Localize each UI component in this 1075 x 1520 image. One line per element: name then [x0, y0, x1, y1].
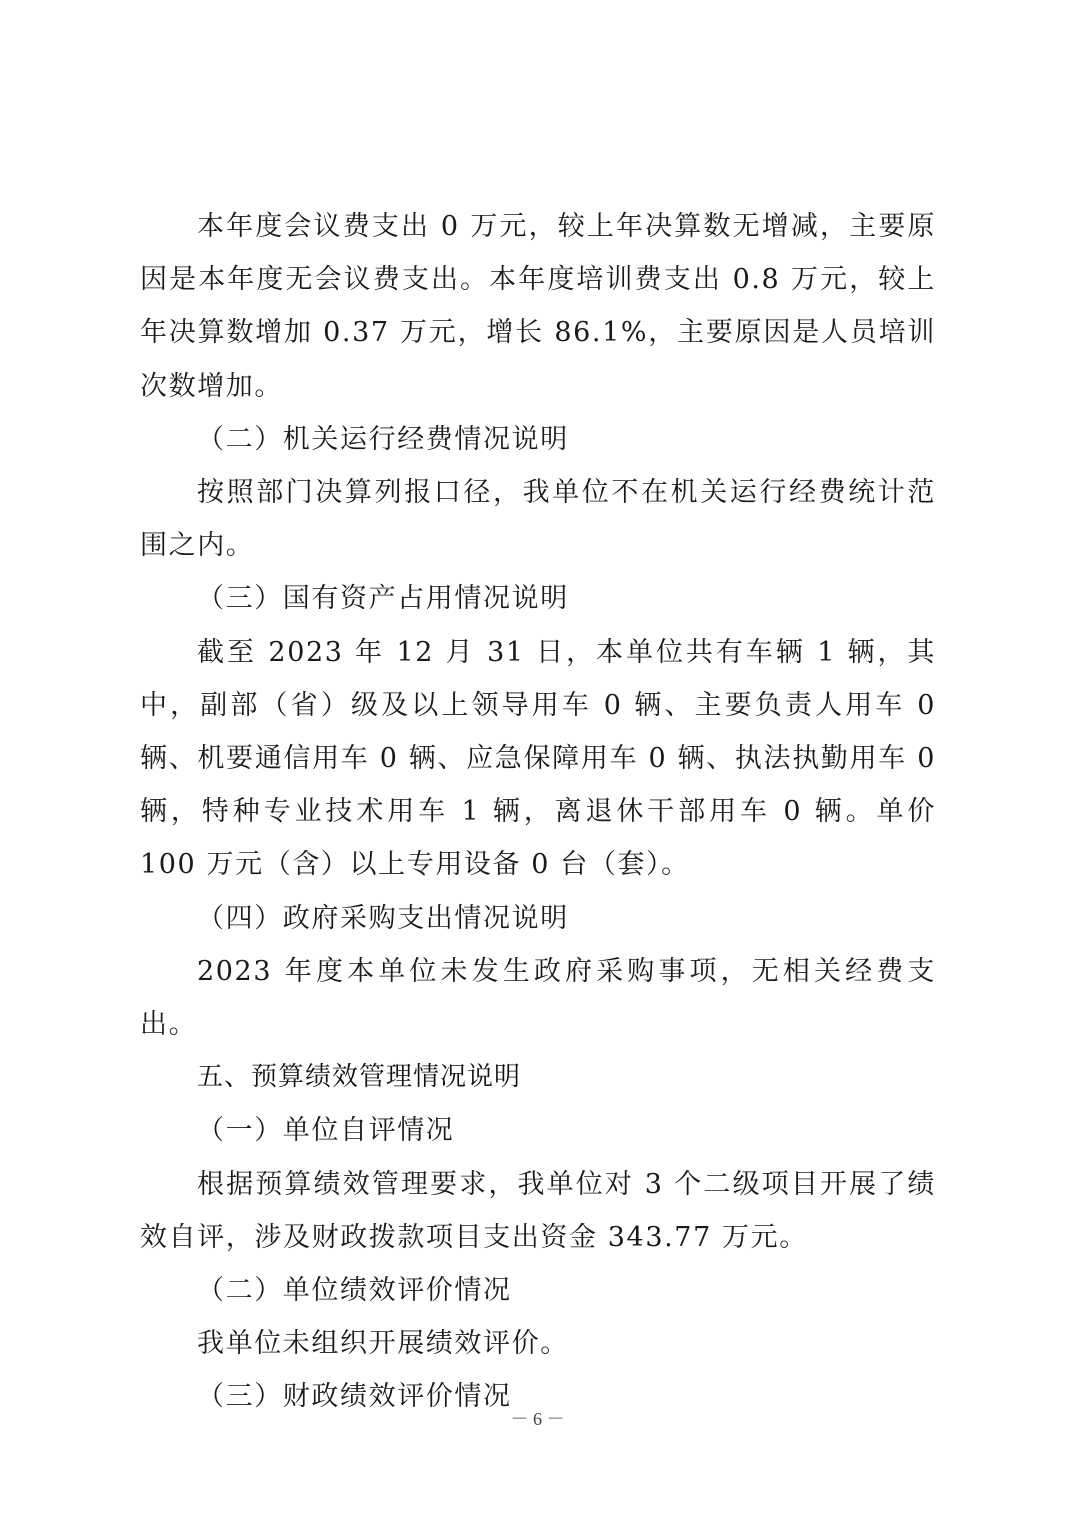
subheading-unit-evaluation: （二）单位绩效评价情况 — [140, 1264, 936, 1317]
subheading-self-evaluation: （一）单位自评情况 — [140, 1104, 936, 1157]
paragraph-meeting-training-fees: 本年度会议费支出 0 万元，较上年决算数无增减，主要原因是本年度无会议费支出。本… — [140, 200, 936, 413]
subheading-state-assets: （三）国有资产占用情况说明 — [140, 572, 936, 625]
heading-performance-management: 五、预算绩效管理情况说明 — [140, 1051, 936, 1104]
paragraph-state-assets: 截至 2023 年 12 月 31 日，本单位共有车辆 1 辆，其中，副部（省）… — [140, 626, 936, 892]
subheading-operating-expenses: （二）机关运行经费情况说明 — [140, 413, 936, 466]
paragraph-self-evaluation: 根据预算绩效管理要求，我单位对 3 个二级项目开展了绩效自评，涉及财政拨款项目支… — [140, 1158, 936, 1264]
subheading-government-procurement: （四）政府采购支出情况说明 — [140, 892, 936, 945]
page-number: － 6 － — [0, 1405, 1075, 1431]
document-page: 本年度会议费支出 0 万元，较上年决算数无增减，主要原因是本年度无会议费支出。本… — [140, 200, 936, 1424]
paragraph-operating-expenses: 按照部门决算列报口径，我单位不在机关运行经费统计范围之内。 — [140, 466, 936, 572]
paragraph-unit-evaluation: 我单位未组织开展绩效评价。 — [140, 1317, 936, 1370]
paragraph-government-procurement: 2023 年度本单位未发生政府采购事项，无相关经费支出。 — [140, 945, 936, 1051]
